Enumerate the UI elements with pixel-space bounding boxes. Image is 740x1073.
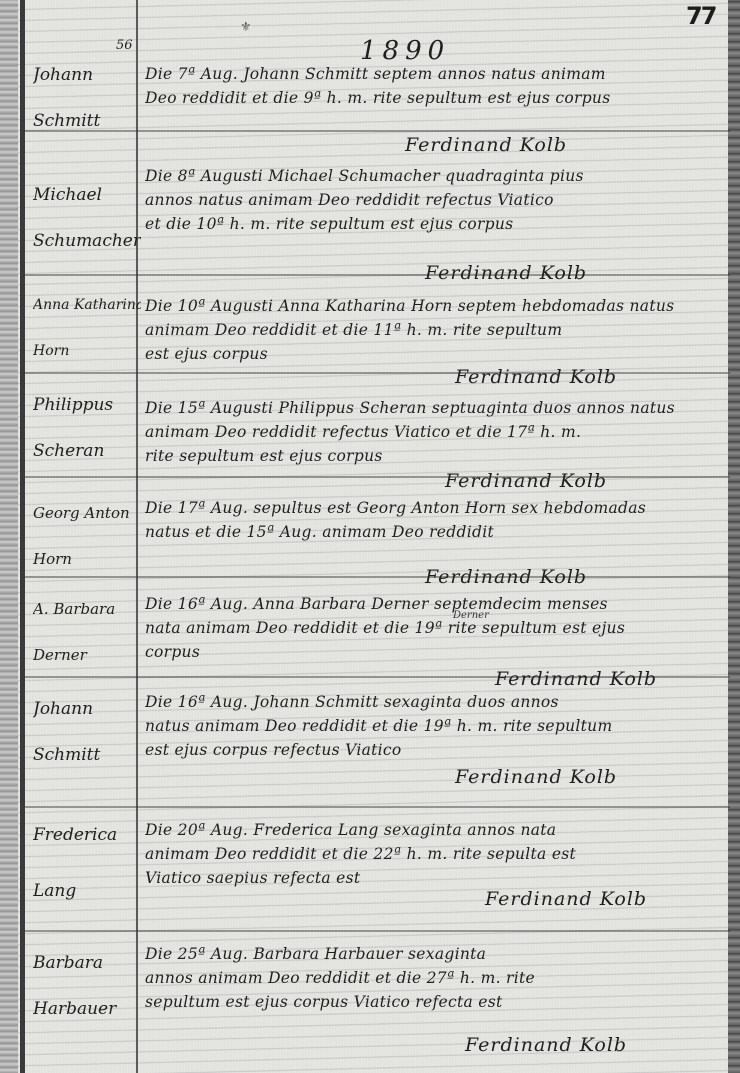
entry-text: Die 15ª Augusti Philippus Scheran septua…	[145, 396, 715, 468]
entry-text: Die 7ª Aug. Johann Schmitt septem annos …	[145, 62, 715, 110]
priest-signature: Ferdinand Kolb	[465, 1034, 627, 1056]
priest-signature: Ferdinand Kolb	[405, 134, 567, 156]
priest-signature: Ferdinand Kolb	[425, 262, 587, 284]
register-entry: Ferdinand Kolb Anna Katharina Horn Die 1…	[25, 262, 730, 372]
scanned-register-page: 77 ⚜ 1890 56 Johann Schmitt Die 7ª Aug. …	[0, 0, 740, 1073]
priest-signature: Ferdinand Kolb	[455, 366, 617, 388]
entry-name: Anna Katharina Horn	[33, 282, 141, 374]
scan-left-edge	[0, 0, 18, 1073]
entry-divider	[25, 930, 730, 932]
register-entry: Frederica Lang Die 20ª Aug. Frederica La…	[25, 812, 730, 932]
entry-text: Die 10ª Augusti Anna Katharina Horn sept…	[145, 294, 715, 366]
priest-signature: Ferdinand Kolb	[485, 888, 647, 910]
priest-signature: Ferdinand Kolb	[455, 766, 617, 788]
entry-text: Die 20ª Aug. Frederica Lang sexaginta an…	[145, 818, 715, 890]
priest-signature: Ferdinand Kolb	[445, 470, 607, 492]
entry-name: Johann Schmitt	[33, 686, 141, 778]
page-number: 77	[686, 2, 715, 30]
entry-text: Die 25ª Aug. Barbara Harbauer sexaginta …	[145, 942, 715, 1014]
entry-name: Barbara Harbauer	[33, 940, 141, 1032]
entry-text: Die 17ª Aug. sepultus est Georg Anton Ho…	[145, 496, 715, 544]
register-entry: Johann Schmitt Die 7ª Aug. Johann Schmit…	[25, 52, 730, 136]
entry-text: Die 8ª Augusti Michael Schumacher quadra…	[145, 164, 715, 236]
register-entry: Ferdinand Kolb Georg Anton Horn Die 17ª …	[25, 470, 730, 570]
entry-name: Philippus Scheran	[33, 382, 141, 474]
entry-name: Michael Schumacher	[33, 172, 141, 264]
register-entry: Ferdinand Kolb Johann Schmitt Die 16ª Au…	[25, 666, 730, 796]
entry-name: A. Barbara Derner	[33, 586, 141, 678]
entry-divider	[25, 806, 730, 808]
folio-mark: 56	[116, 38, 133, 53]
entry-text: Die 16ª Aug. Anna Barbara Derner septemd…	[145, 592, 715, 664]
stamp-icon: ⚜	[240, 20, 252, 35]
interlinear-note: Derner	[453, 610, 489, 621]
entry-text: Die 16ª Aug. Johann Schmitt sexaginta du…	[145, 690, 715, 762]
register-entry: Barbara Harbauer Die 25ª Aug. Barbara Ha…	[25, 940, 730, 1070]
priest-signature: Ferdinand Kolb	[495, 668, 657, 690]
entry-name: Frederica Lang	[33, 812, 141, 914]
priest-signature: Ferdinand Kolb	[425, 566, 587, 588]
register-entry: Ferdinand Kolb Michael Schumacher Die 8ª…	[25, 132, 730, 272]
register-entry: Ferdinand Kolb Philippus Scheran Die 15ª…	[25, 366, 730, 476]
register-entry: Ferdinand Kolb A. Barbara Derner Die 16ª…	[25, 566, 730, 676]
